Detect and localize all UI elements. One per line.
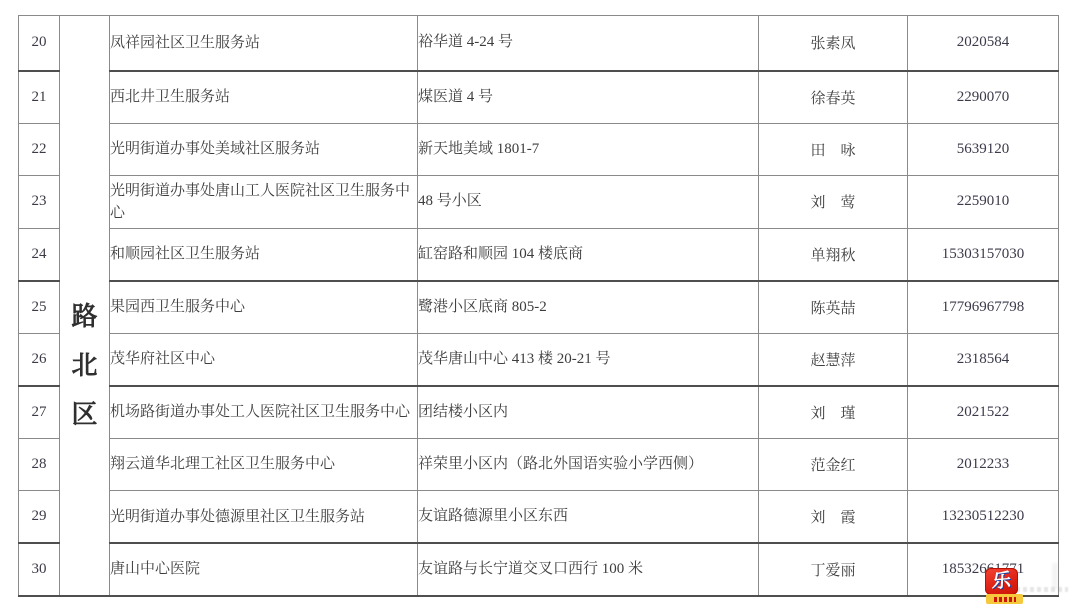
phone-number: 2318564	[908, 333, 1059, 386]
district-char: 北	[71, 341, 97, 390]
row-number: 20	[19, 16, 60, 71]
station-address: 48 号小区	[418, 176, 759, 229]
row-number: 30	[19, 543, 60, 596]
contact-person: 刘 瑾	[759, 386, 908, 439]
contact-person: 徐春英	[759, 71, 908, 124]
table-row: 29 光明街道办事处德源里社区卫生服务站 友谊路德源里小区东西 刘 霞 1323…	[19, 491, 1059, 544]
logo-ribbon	[986, 594, 1023, 604]
contact-person: 田 咏	[759, 123, 908, 176]
contact-person: 丁爱丽	[759, 543, 908, 596]
station-name: 和顺园社区卫生服务站	[110, 228, 418, 281]
station-address: 祥荣里小区内（路北外国语实验小学西侧）	[418, 438, 759, 491]
watermark-smudge-bar	[1052, 563, 1058, 589]
phone-number: 5639120	[908, 123, 1059, 176]
phone-number: 15303157030	[908, 228, 1059, 281]
table-row: 26 茂华府社区中心 茂华唐山中心 413 楼 20-21 号 赵慧萍 2318…	[19, 333, 1059, 386]
station-name: 光明街道办事处美域社区服务站	[110, 123, 418, 176]
station-address: 裕华道 4-24 号	[418, 16, 759, 71]
row-number: 29	[19, 491, 60, 544]
ribbon-text-marks	[994, 597, 1016, 602]
district-label: 路 北 区	[60, 292, 109, 439]
station-address: 团结楼小区内	[418, 386, 759, 439]
contact-person: 单翔秋	[759, 228, 908, 281]
le-logo-icon: 乐	[991, 571, 1011, 592]
station-name: 茂华府社区中心	[110, 333, 418, 386]
station-address: 缸窑路和顺园 104 楼底商	[418, 228, 759, 281]
table-row: 24 和顺园社区卫生服务站 缸窑路和顺园 104 楼底商 单翔秋 1530315…	[19, 228, 1059, 281]
row-number: 25	[19, 281, 60, 334]
row-number: 24	[19, 228, 60, 281]
phone-number: 2021522	[908, 386, 1059, 439]
phone-number: 17796967798	[908, 281, 1059, 334]
watermark-app-logo: 乐	[985, 568, 1018, 595]
district-char: 区	[71, 390, 97, 439]
station-name: 光明街道办事处唐山工人医院社区卫生服务中心	[110, 176, 418, 229]
station-name: 西北井卫生服务站	[110, 71, 418, 124]
phone-number: 2290070	[908, 71, 1059, 124]
table-row: 23 光明街道办事处唐山工人医院社区卫生服务中心 48 号小区 刘 莺 2259…	[19, 176, 1059, 229]
contact-person: 刘 霞	[759, 491, 908, 544]
station-address: 煤医道 4 号	[418, 71, 759, 124]
station-name: 翔云道华北理工社区卫生服务中心	[110, 438, 418, 491]
table-row: 25 果园西卫生服务中心 鹭港小区底商 805-2 陈英喆 1779696779…	[19, 281, 1059, 334]
station-address: 新天地美域 1801-7	[418, 123, 759, 176]
contact-person: 张素凤	[759, 16, 908, 71]
district-char: 路	[71, 292, 97, 341]
phone-number: 13230512230	[908, 491, 1059, 544]
table-row: 22 光明街道办事处美域社区服务站 新天地美域 1801-7 田 咏 56391…	[19, 123, 1059, 176]
station-address: 友谊路德源里小区东西	[418, 491, 759, 544]
station-address: 鹭港小区底商 805-2	[418, 281, 759, 334]
row-number: 27	[19, 386, 60, 439]
district-cell: 路 北 区	[60, 16, 110, 596]
station-address: 茂华唐山中心 413 楼 20-21 号	[418, 333, 759, 386]
station-name: 凤祥园社区卫生服务站	[110, 16, 418, 71]
table-row: 20 路 北 区 凤祥园社区卫生服务站 裕华道 4-24 号 张素凤 20205…	[19, 16, 1059, 71]
table-row: 21 西北井卫生服务站 煤医道 4 号 徐春英 2290070	[19, 71, 1059, 124]
station-name: 唐山中心医院	[110, 543, 418, 596]
contact-person: 陈英喆	[759, 281, 908, 334]
table-row: 28 翔云道华北理工社区卫生服务中心 祥荣里小区内（路北外国语实验小学西侧） 范…	[19, 438, 1059, 491]
row-number: 21	[19, 71, 60, 124]
station-name: 果园西卫生服务中心	[110, 281, 418, 334]
row-number: 22	[19, 123, 60, 176]
watermark-smudge	[1016, 587, 1068, 592]
contact-person: 范金红	[759, 438, 908, 491]
row-number: 26	[19, 333, 60, 386]
phone-number: 2012233	[908, 438, 1059, 491]
health-stations-table: 20 路 北 区 凤祥园社区卫生服务站 裕华道 4-24 号 张素凤 20205…	[18, 15, 1059, 597]
station-name: 光明街道办事处德源里社区卫生服务站	[110, 491, 418, 544]
table-row: 30 唐山中心医院 友谊路与长宁道交叉口西行 100 米 丁爱丽 1853266…	[19, 543, 1059, 596]
phone-number: 2259010	[908, 176, 1059, 229]
row-number: 23	[19, 176, 60, 229]
table-row: 27 机场路街道办事处工人医院社区卫生服务中心 团结楼小区内 刘 瑾 20215…	[19, 386, 1059, 439]
station-address: 友谊路与长宁道交叉口西行 100 米	[418, 543, 759, 596]
contact-person: 赵慧萍	[759, 333, 908, 386]
contact-person: 刘 莺	[759, 176, 908, 229]
phone-number: 2020584	[908, 16, 1059, 71]
station-name: 机场路街道办事处工人医院社区卫生服务中心	[110, 386, 418, 439]
row-number: 28	[19, 438, 60, 491]
